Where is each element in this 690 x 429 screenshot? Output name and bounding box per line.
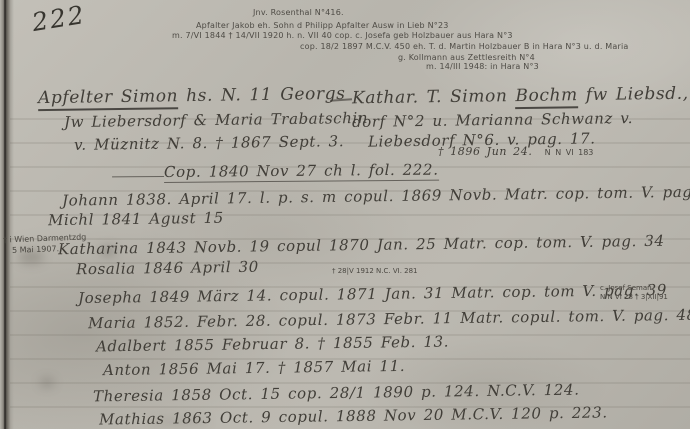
husband-entry-line3: v. Müznitz N. 8. † 1867 Sept. 3. [74, 132, 344, 154]
husband-entry-line2: Jw Liebersdorf & Maria Trabatschin [64, 109, 368, 131]
child-entry-theresia: Theresia 1858 Oct. 15 cop. 28/1 1890 p. … [93, 381, 580, 406]
husband-name-suffix: hs. N. 11 Georgs [178, 84, 346, 106]
book-gutter-shadow [0, 0, 14, 429]
josepha-margin-note-line1: c. Josef Semañ [600, 284, 652, 292]
child-entry-rosalia: Rosalia 1846 April 30 [76, 258, 259, 279]
register-page-scan: 222 Jnv. Rosenthal N°416. Apfalter Jakob… [0, 0, 690, 429]
inventory-note: Jnv. Rosenthal N°416. [253, 8, 344, 17]
husband-name: Apfelter Simon [38, 86, 178, 111]
child-entry-anton: Anton 1856 Mai 17. † 1857 Mai 11. [103, 357, 405, 379]
page-number: 222 [30, 0, 88, 37]
wife-death-note: † 1896 Jun 24. N N VI 183 [438, 145, 593, 158]
wife-name-prefix: Kathar. T. Simon [352, 86, 516, 108]
child-entry-michl: Michl 1841 Agust 15 [48, 209, 224, 229]
header-note-line3: m. 7/VI 1844 † 14/VII 1920 h. n. VII 40 … [172, 31, 513, 40]
header-note-line2: Apfalter Jakob eh. Sohn d Philipp Apfalt… [196, 21, 449, 30]
marriage-note: Cop. 1840 Nov 27 ch l. fol. 222. [112, 159, 439, 182]
lead-rule [112, 161, 164, 177]
wife-entry-line1: Kathar. T. Simon Bochm fw Liebsd., [352, 84, 689, 109]
child-entry-maria: Maria 1852. Febr. 28. copul. 1873 Febr. … [88, 306, 690, 332]
husband-entry-line1: Apfelter Simon hs. N. 11 Georgs [38, 84, 346, 108]
wife-death-date: † 1896 Jun 24. [438, 145, 532, 158]
josepha-margin-note-line2: N N VI 28 † 3|XII|91 [600, 293, 668, 301]
header-note-line6: m. 14/III 1948: in Hara N°3 [426, 62, 539, 71]
header-note-line5: g. Kollmann aus Zettlesreith N°4 [398, 53, 535, 62]
child-entry-josepha: Josepha 1849 März 14. copul. 1871 Jan. 3… [78, 281, 667, 307]
header-note-line4: cop. 18/2 1897 M.C.V. 450 eh. T. d. Mart… [300, 42, 629, 51]
rosalia-death-footnote: † 28|V 1912 N.C. VI. 281 [332, 267, 418, 275]
wife-name-suffix: fw Liebsd., [578, 84, 689, 106]
page-edge-line [4, 0, 6, 429]
child-entry-katharina: Katharina 1843 Novb. 19 copul 1870 Jan. … [58, 232, 665, 258]
ink-blot [40, 378, 54, 387]
wife-entry-line2: dorf N°2 u. Marianna Schwanz v. [352, 109, 633, 131]
child-entry-mathias: Mathias 1863 Oct. 9 copul. 1888 Nov 20 M… [99, 403, 608, 428]
margin-death-note-line2: 5 Mai 1907. [12, 244, 59, 255]
marriage-note-text: Cop. 1840 Nov 27 ch l. fol. 222. [164, 161, 439, 183]
wife-death-register-ref: N N VI 183 [545, 148, 594, 157]
wife-name: Bochm [515, 85, 578, 109]
child-entry-johann: Johann 1838. April 17. l. p. s. m copul.… [62, 182, 690, 209]
child-entry-adalbert: Adalbert 1855 Februar 8. † 1855 Feb. 13. [96, 333, 449, 356]
